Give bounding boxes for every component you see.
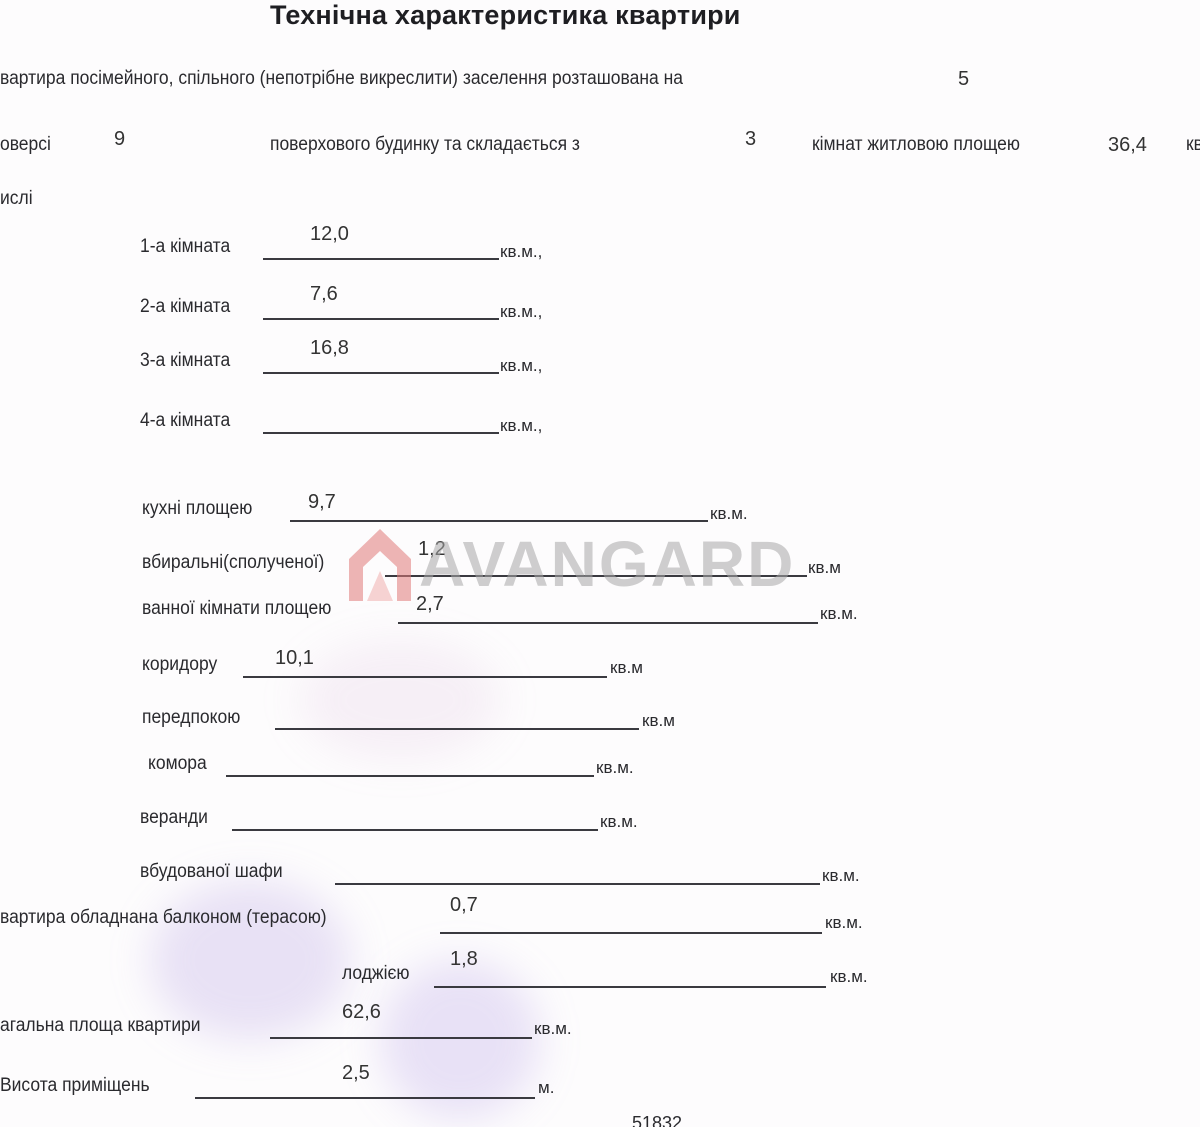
height-label: Висота приміщень — [0, 1075, 150, 1097]
intro-line-1: вартира посімейного, спільного (непотріб… — [0, 68, 683, 90]
corridor-value: 10,1 — [275, 647, 314, 670]
bathroom-unit: кв.м. — [820, 604, 858, 624]
intro-line-3: ислі — [0, 188, 33, 210]
total-floors-value: 9 — [114, 128, 125, 151]
kitchen-unit: кв.м. — [710, 504, 748, 524]
intro-line-2d: кв — [1186, 134, 1200, 156]
rooms-count-value: 3 — [745, 128, 756, 151]
veranda-unit: кв.м. — [600, 812, 638, 832]
loggia-unit: кв.м. — [830, 967, 868, 987]
watermark: AVANGARD — [345, 525, 795, 603]
total-area-value: 62,6 — [342, 1001, 381, 1024]
living-area-value: 36,4 — [1108, 134, 1147, 157]
storage-unit: кв.м. — [596, 758, 634, 778]
balcony-unit: кв.м. — [825, 913, 863, 933]
corridor-label: коридору — [142, 654, 217, 676]
bathroom-value: 2,7 — [416, 593, 444, 616]
intro-line-2c: кімнат житловою площею — [812, 134, 1020, 156]
loggia-value: 1,8 — [450, 948, 478, 971]
veranda-label: веранди — [140, 807, 208, 829]
room-3-unit: кв.м., — [500, 356, 542, 376]
wardrobe-label: вбудованої шафи — [140, 861, 283, 883]
corridor-unit: кв.м — [610, 658, 643, 678]
floor-value: 5 — [958, 68, 969, 91]
total-area-label: агальна площа квартири — [0, 1015, 201, 1037]
watermark-text: AVANGARD — [419, 527, 795, 601]
room-1-unit: кв.м., — [500, 242, 542, 262]
room-3-label: 3-а кімната — [140, 350, 230, 372]
balcony-value: 0,7 — [450, 894, 478, 917]
hallway-unit: кв.м — [642, 711, 675, 731]
height-value: 2,5 — [342, 1062, 370, 1085]
toilet-label: вбиральні(сполученої) — [142, 552, 324, 574]
intro-line-2b: поверхового будинку та складається з — [270, 134, 580, 156]
room-3-value: 16,8 — [310, 337, 349, 360]
height-unit: м. — [538, 1078, 554, 1098]
total-area-unit: кв.м. — [534, 1019, 572, 1039]
wardrobe-unit: кв.м. — [822, 866, 860, 886]
kitchen-label: кухні площею — [142, 498, 252, 520]
document-title: Технічна характеристика квартири — [270, 0, 741, 31]
room-4-label: 4-а кімната — [140, 410, 230, 432]
loggia-label: лоджією — [342, 963, 410, 985]
bathroom-label: ванної кімнати площею — [142, 598, 331, 620]
room-2-label: 2-а кімната — [140, 296, 230, 318]
balcony-label: вартира обладнана балконом (терасою) — [0, 907, 327, 929]
room-4-unit: кв.м., — [500, 416, 542, 436]
avangard-logo-icon — [345, 525, 415, 603]
room-2-value: 7,6 — [310, 283, 338, 306]
storage-label: комора — [148, 753, 207, 775]
hallway-label: передпокою — [142, 707, 240, 729]
room-1-label: 1-а кімната — [140, 236, 230, 258]
room-1-value: 12,0 — [310, 223, 349, 246]
room-2-unit: кв.м., — [500, 302, 542, 322]
toilet-value: 1,2 — [418, 538, 446, 561]
intro-line-2a: оверсі — [0, 134, 51, 156]
kitchen-value: 9,7 — [308, 491, 336, 514]
footer-number: 51832 — [632, 1113, 682, 1127]
toilet-unit: кв.м — [808, 558, 841, 578]
